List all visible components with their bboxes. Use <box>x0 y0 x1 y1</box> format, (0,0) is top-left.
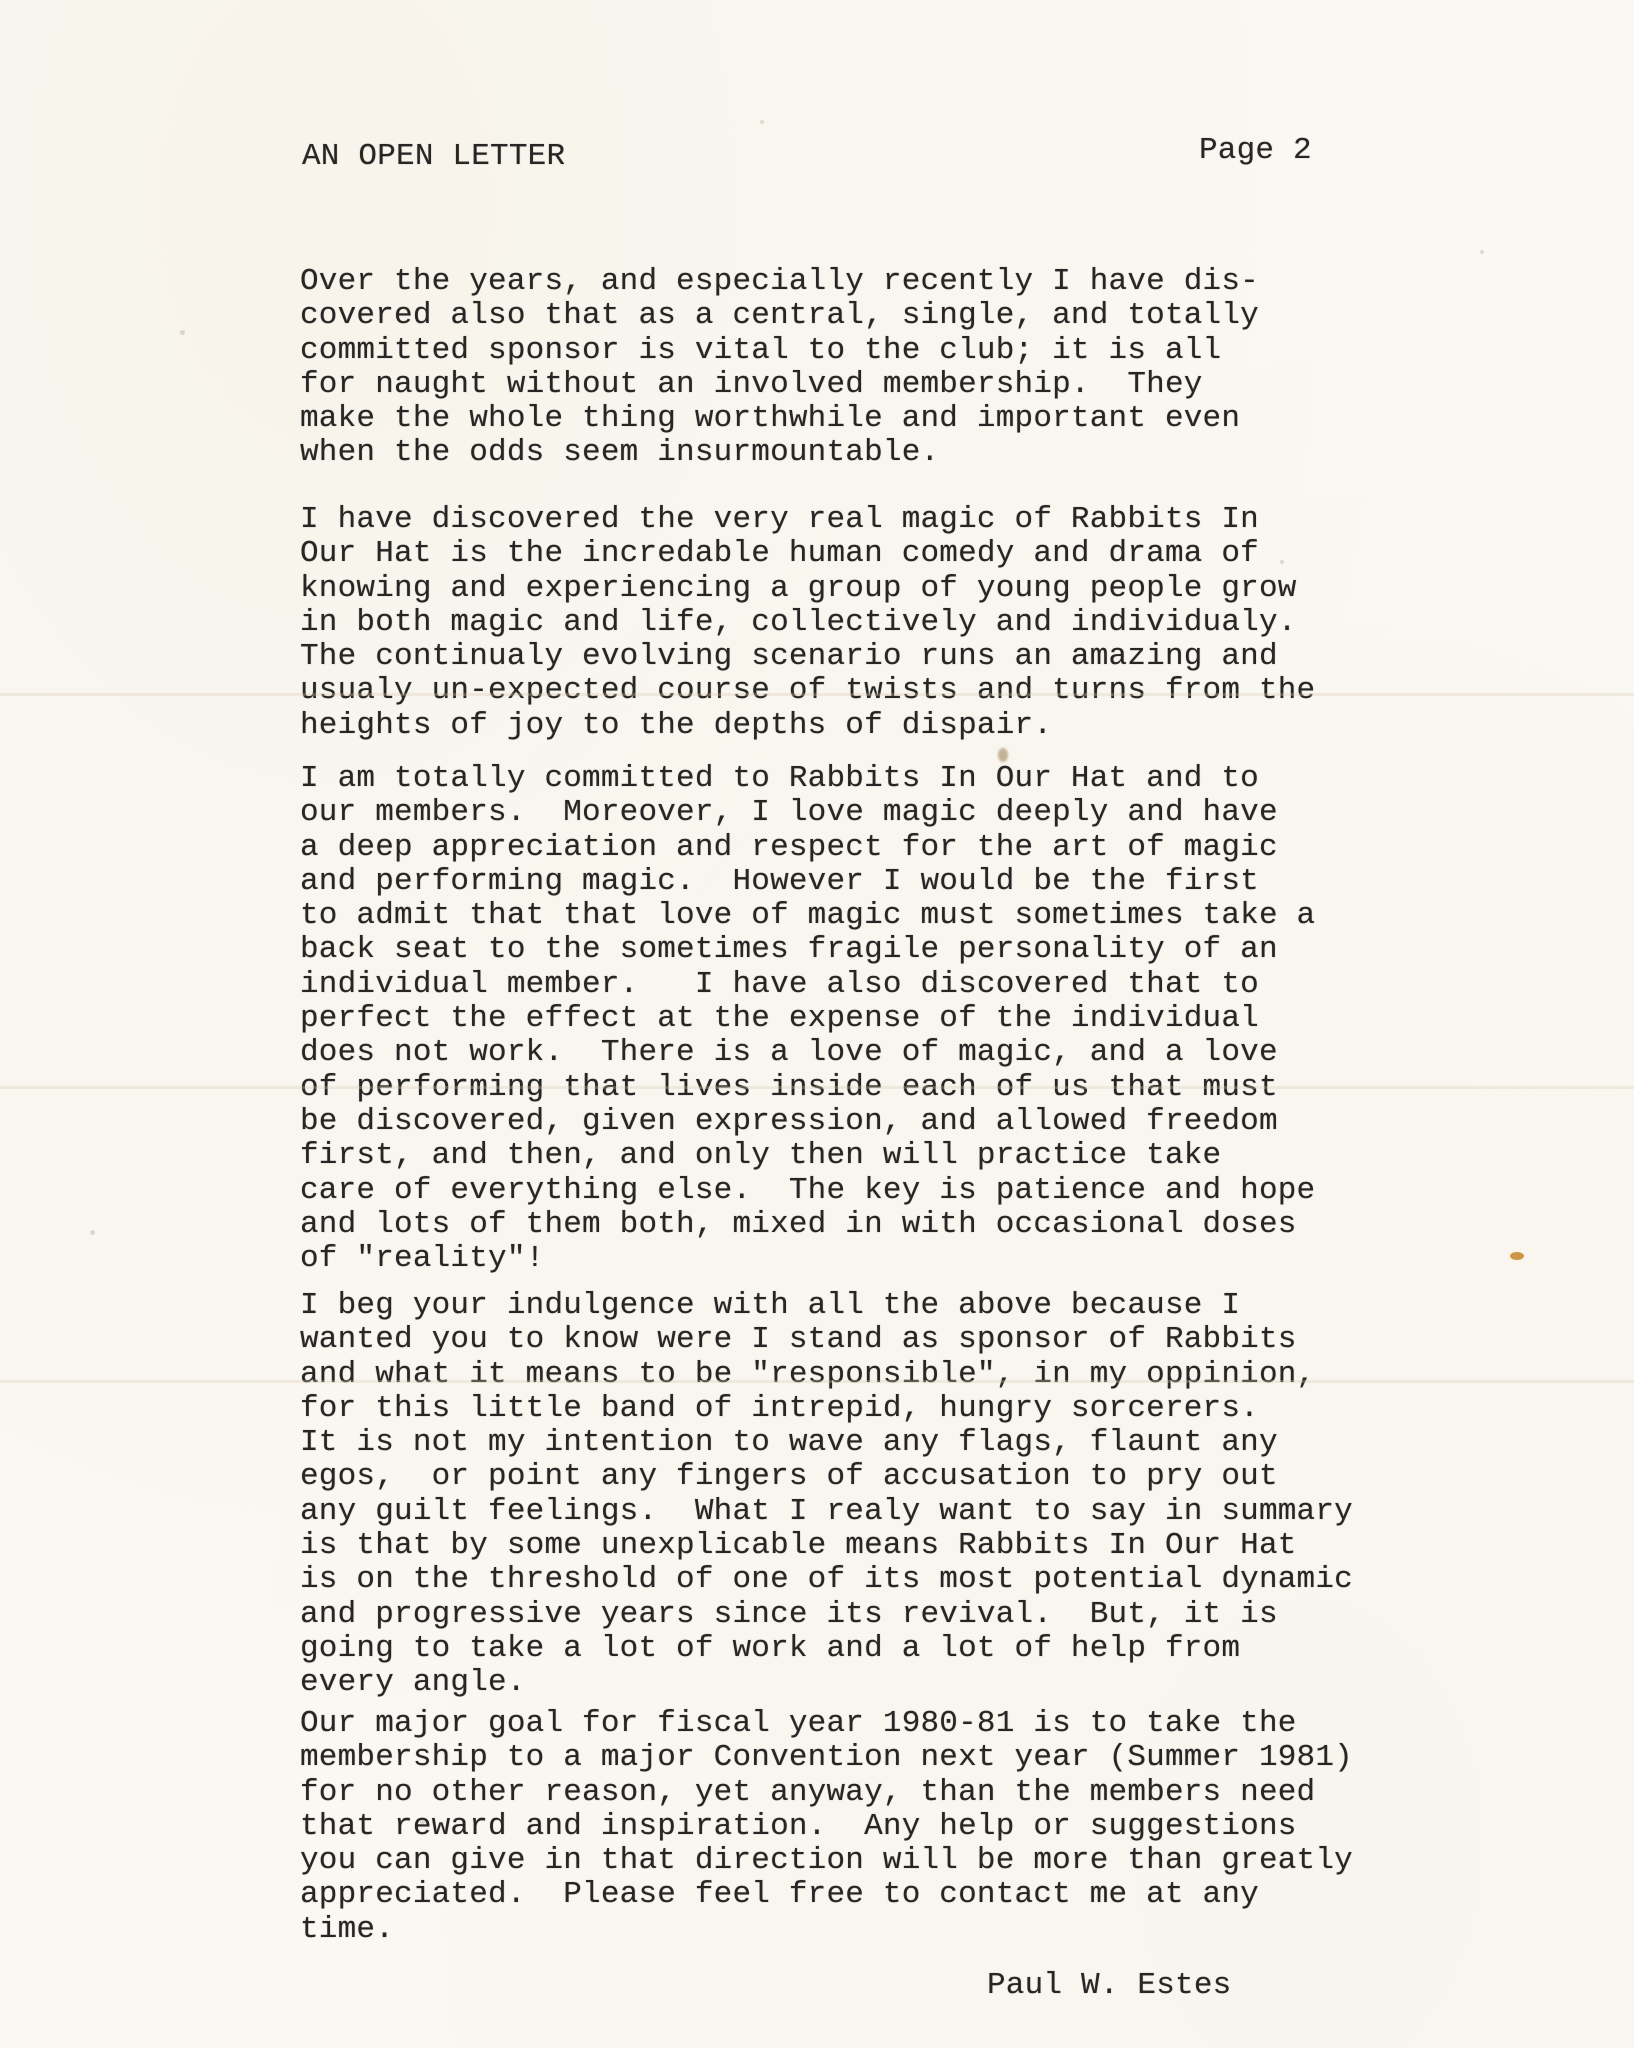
letter-title: AN OPEN LETTER <box>302 140 565 174</box>
paragraph-indulgence-summary: I beg your indulgence with all the above… <box>300 1289 1353 1701</box>
paper-speck <box>760 120 764 124</box>
paper-speck <box>180 330 185 335</box>
paper-smudge <box>998 748 1008 762</box>
paragraph-fiscal-goal: Our major goal for fiscal year 1980-81 i… <box>300 1707 1353 1947</box>
letter-page: AN OPEN LETTER Page 2 Over the years, an… <box>0 0 1634 2048</box>
paper-speck <box>90 1230 95 1235</box>
page-number: Page 2 <box>1199 134 1312 168</box>
paper-speck-orange <box>1510 1252 1524 1260</box>
paragraph-membership: Over the years, and especially recently … <box>300 265 1259 471</box>
paragraph-magic-of-rabbits: I have discovered the very real magic of… <box>300 503 1315 743</box>
paragraph-commitment: I am totally committed to Rabbits In Our… <box>300 762 1315 1276</box>
signature-name: Paul W. Estes <box>987 1969 1231 2003</box>
paper-speck <box>1480 250 1484 254</box>
